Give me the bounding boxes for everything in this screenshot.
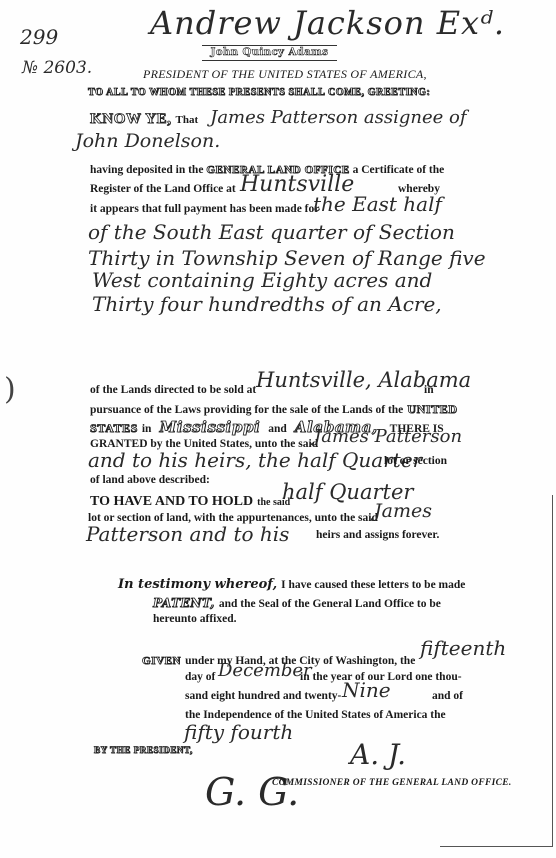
land-desc-1: the East half xyxy=(313,192,442,216)
president-title: PRESIDENT OF THE UNITED STATES OF AMERIC… xyxy=(143,67,427,82)
payment-text: it appears that full payment has been ma… xyxy=(90,203,319,215)
marginal-number: 299 xyxy=(20,25,58,49)
president-signature: A. J. xyxy=(350,738,406,771)
land-desc-2: of the South East quarter of Section xyxy=(88,220,455,244)
testimony-line2: PATENT, and the Seal of the General Land… xyxy=(153,594,441,612)
land-desc-3: Thirty in Township Seven of Range five xyxy=(88,246,486,270)
testimony-text1: I have caused these letters to be made xyxy=(281,579,465,591)
appurt-name1: James xyxy=(374,500,432,522)
states: STATES xyxy=(90,421,138,435)
commissioner-signature: G. G. xyxy=(205,770,299,814)
lot-or-section: lot or section xyxy=(384,455,447,467)
know-ye-line: KNOW YE, That James Patterson assignee o… xyxy=(90,107,467,128)
page-edge-right xyxy=(552,495,553,847)
lands-in: in xyxy=(424,384,434,396)
mississippi: Mississippi xyxy=(159,418,260,436)
land-desc-4: West containing Eighty acres and xyxy=(92,268,432,292)
pursuance-line: pursuance of the Laws providing for the … xyxy=(90,400,458,418)
in-testimony: In testimony whereof, xyxy=(118,577,277,592)
commissioner-title: COMMISSIONER OF THE GENERAL LAND OFFICE. xyxy=(272,778,512,788)
year-hand: Nine xyxy=(342,678,391,702)
heirs-hand: and to his heirs, the half Quarter xyxy=(88,448,422,472)
to-have-line: TO HAVE AND TO HOLD the said xyxy=(90,492,290,510)
given-text3: sand eight hundred and twenty- xyxy=(185,690,341,702)
month-hand: December xyxy=(218,660,312,681)
appurt-name2: Patterson and to his xyxy=(86,522,289,546)
engraved-name-banner: John Quincy Adams xyxy=(202,45,337,61)
page-edge-bottom xyxy=(440,846,553,847)
lands-text: of the Lands directed to be sold at xyxy=(90,384,256,396)
grantee-line1: James Patterson assignee of xyxy=(210,107,466,128)
granted-name: James Patterson xyxy=(314,426,462,447)
testimony-line1: In testimony whereof, I have caused thes… xyxy=(118,575,465,593)
patent-word: PATENT, xyxy=(153,596,215,610)
to-have: TO HAVE AND TO HOLD xyxy=(90,494,253,509)
land-desc-5: Thirty four hundredths of an Acre, xyxy=(92,292,442,316)
lands-place: Huntsville, Alabama xyxy=(256,368,471,392)
testimony-text2: and the Seal of the General Land Office … xyxy=(219,598,441,610)
day-hand: fifteenth xyxy=(420,636,506,660)
deposit-post: a Certificate of the xyxy=(353,164,445,176)
land-patent-page: 299 № 2603. Andrew Jackson Exᵈ. John Qui… xyxy=(0,0,556,858)
greeting: TO ALL TO WHOM THESE PRESENTS SHALL COME… xyxy=(88,87,430,98)
that: That xyxy=(175,114,198,126)
by-the-president: BY THE PRESIDENT, xyxy=(94,745,193,755)
in: in xyxy=(142,423,152,435)
given: GIVEN xyxy=(142,655,181,667)
and: and xyxy=(268,423,287,435)
pursuance-text: pursuance of the Laws providing for the … xyxy=(90,404,403,416)
president-name-handwritten: Andrew Jackson Exᵈ. xyxy=(150,4,505,42)
grantee-line2: John Donelson. xyxy=(75,130,220,152)
testimony-text3: hereunto affixed. xyxy=(153,613,236,625)
land-above: of land above described: xyxy=(90,474,210,486)
register-text: Register of the Land Office at xyxy=(90,183,236,195)
margin-bracket: ) xyxy=(4,372,16,407)
deposit-text: having deposited in the xyxy=(90,164,203,176)
heirs-forever: heirs and assigns forever. xyxy=(316,529,439,541)
day-of: day of xyxy=(185,671,215,683)
united: UNITED xyxy=(407,402,457,416)
know-ye: KNOW YE, xyxy=(90,111,171,127)
patent-number: № 2603. xyxy=(22,58,92,78)
and-of: and of xyxy=(432,690,463,702)
independence-hand: fifty fourth xyxy=(184,720,293,744)
